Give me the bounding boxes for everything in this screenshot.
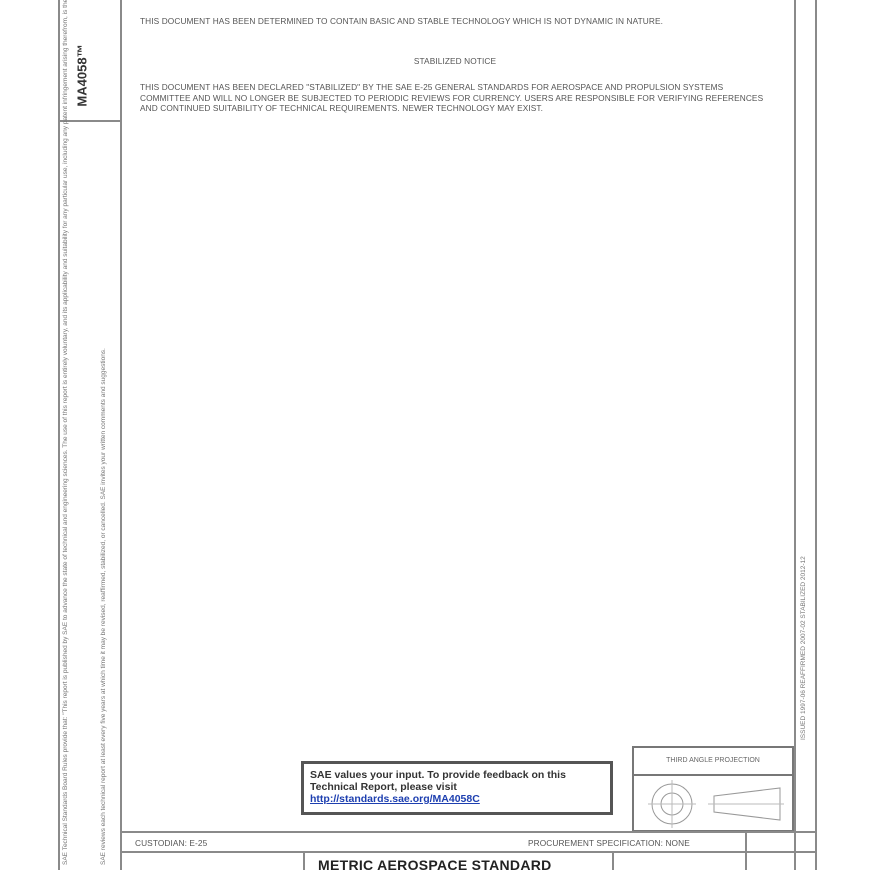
frame-line-right-outer bbox=[815, 0, 817, 870]
feedback-line-2: Technical Report, please visit bbox=[310, 781, 604, 793]
notice-paragraph: THIS DOCUMENT HAS BEEN DECLARED "STABILI… bbox=[140, 82, 775, 114]
feedback-line-1: SAE values your input. To provide feedba… bbox=[310, 769, 604, 781]
document-number: MA4058™ bbox=[75, 44, 90, 106]
left-margin-text-1: SAE Technical Standards Board Rules prov… bbox=[62, 0, 69, 865]
custodian: CUSTODIAN: E-25 bbox=[135, 838, 207, 849]
title-block-top bbox=[120, 831, 817, 833]
procurement-spec: PROCUREMENT SPECIFICATION: NONE bbox=[528, 838, 690, 849]
title-block-divider-2 bbox=[612, 851, 614, 870]
standard-title: METRIC AEROSPACE STANDARD bbox=[318, 857, 552, 870]
feedback-box: SAE values your input. To provide feedba… bbox=[301, 761, 613, 815]
frame-line-right-inner bbox=[794, 0, 796, 870]
frame-line-left-outer bbox=[58, 0, 60, 870]
projection-label: THIRD ANGLE PROJECTION bbox=[634, 748, 792, 776]
frame-line-left-inner bbox=[120, 0, 122, 870]
intro-paragraph: THIS DOCUMENT HAS BEEN DETERMINED TO CON… bbox=[140, 16, 740, 27]
projection-box: THIRD ANGLE PROJECTION bbox=[632, 746, 794, 832]
notice-heading: STABILIZED NOTICE bbox=[140, 56, 770, 67]
left-margin-text-2: SAE reviews each technical report at lea… bbox=[100, 348, 107, 865]
feedback-link[interactable]: http://standards.sae.org/MA4058C bbox=[310, 793, 480, 805]
title-block-divider-3 bbox=[745, 831, 747, 870]
document-number-box: MA4058™ bbox=[66, 40, 106, 110]
title-block-mid bbox=[120, 851, 817, 853]
right-margin-text: ISSUED 1997-06 REAFFIRMED 2007-02 STABIL… bbox=[800, 556, 807, 740]
third-angle-projection-icon bbox=[634, 776, 792, 832]
title-block-divider bbox=[303, 851, 305, 870]
